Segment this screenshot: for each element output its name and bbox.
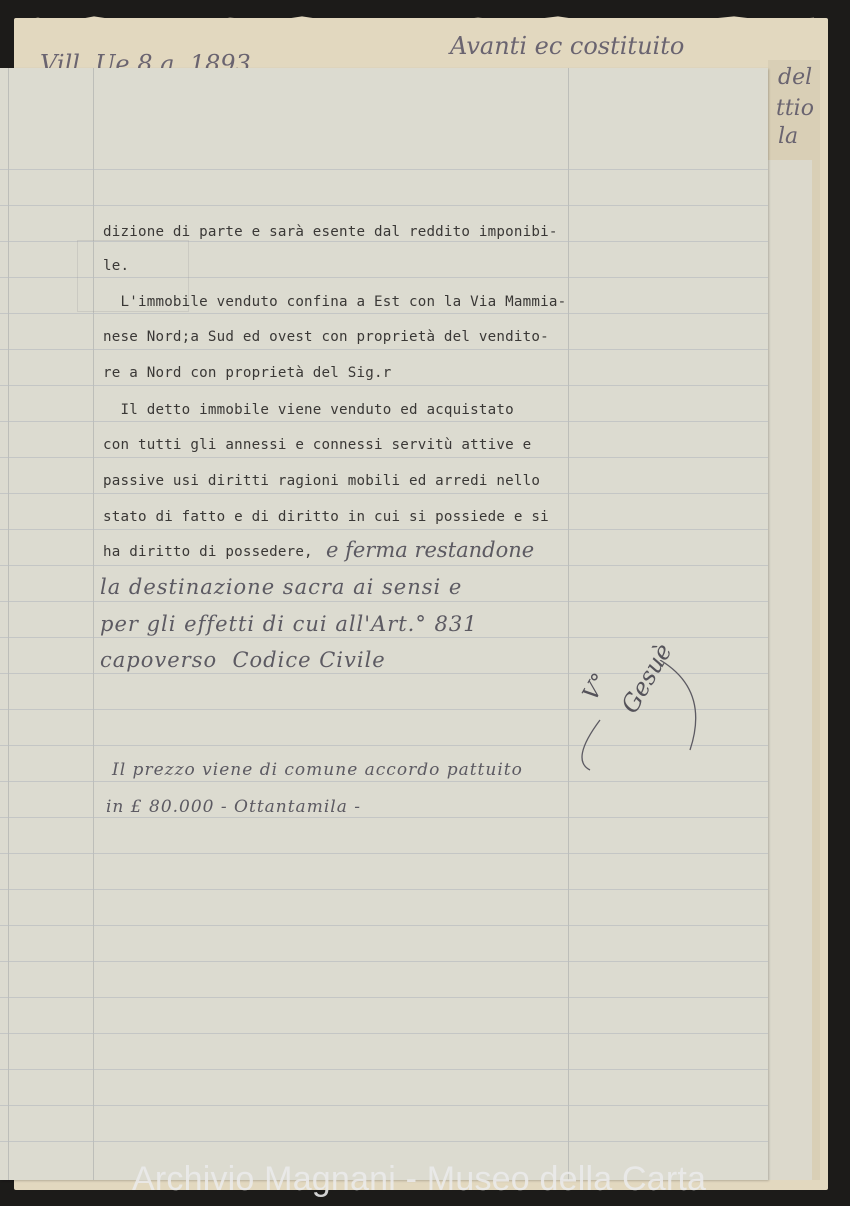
handwritten-price-line: Il prezzo viene di comune accordo pattui… — [112, 760, 523, 780]
back-margin-fragment: ttio — [776, 96, 814, 121]
handwritten-insert-line: capoverso Codice Civile — [100, 648, 386, 672]
handwritten-insert-line: la destinazione sacra ai sensi e — [100, 575, 462, 599]
typed-line: stato di fatto e di diritto in cui si po… — [103, 509, 549, 525]
back-margin-fragment: del — [778, 65, 812, 90]
typed-line: L'immobile venduto confina a Est con la … — [103, 294, 566, 310]
typed-line: Il detto immobile viene venduto ed acqui… — [103, 402, 514, 418]
handwritten-price-line: in £ 80.000 - Ottantamila - — [106, 797, 361, 817]
typed-line: dizione di parte e sarà esente dal reddi… — [103, 224, 558, 240]
handwritten-insert-line: per gli effetti di cui all'Art.° 831 — [100, 612, 478, 636]
signature-flourish — [570, 660, 740, 780]
typed-line: le. — [103, 258, 129, 274]
typed-line: ha diritto di possedere, — [103, 544, 313, 560]
typed-line: re a Nord con proprietà del Sig.r — [103, 365, 391, 381]
archive-watermark: Archivio Magnani - Museo della Carta — [132, 1160, 706, 1199]
back-margin-fragment: la — [778, 124, 798, 149]
handwritten-insert-line: e ferma restandone — [326, 538, 534, 562]
middle-sheet — [768, 160, 812, 1180]
typed-line: con tutti gli annessi e connessi servitù… — [103, 437, 531, 453]
typed-line: nese Nord;a Sud ed ovest con proprietà d… — [103, 329, 549, 345]
back-header-right: Avanti ec costituito — [450, 32, 684, 60]
typed-line: passive usi diritti ragioni mobili ed ar… — [103, 473, 540, 489]
